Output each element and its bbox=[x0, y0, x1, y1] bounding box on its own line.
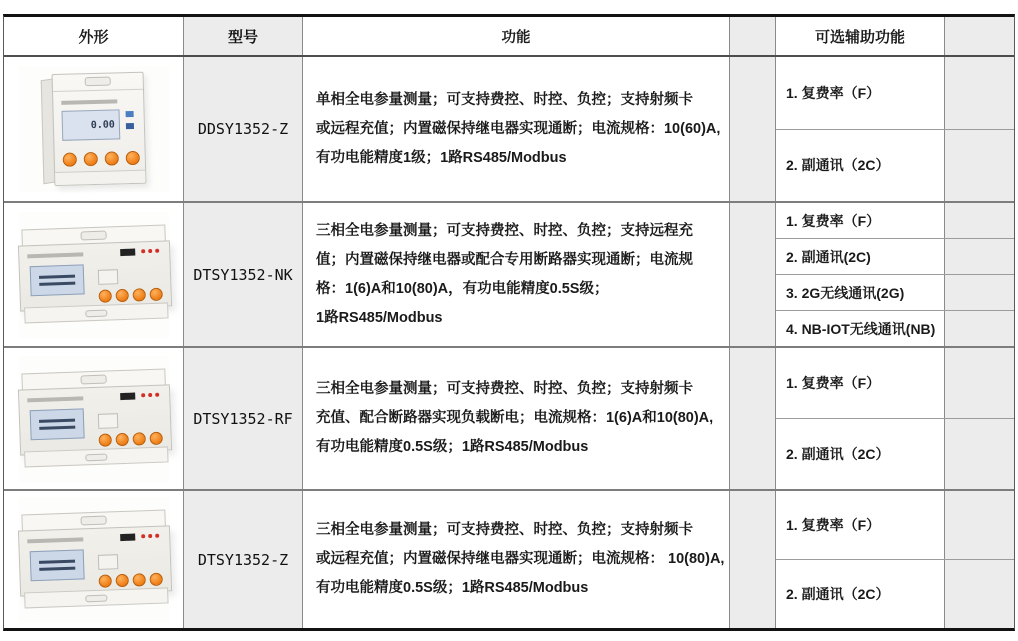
function-text-line: 1路RS485/Modbus bbox=[316, 304, 721, 333]
meter-buttons bbox=[62, 151, 139, 167]
meter-lcd-display: 0.00 bbox=[61, 109, 120, 141]
meter-indicator bbox=[125, 111, 133, 117]
function-text-line: 有功电能精度0.5S级；1路RS485/Modbus bbox=[316, 574, 721, 603]
table-header-row: 外形 型号 功能 可选辅助功能 bbox=[4, 17, 1014, 57]
meter-body: 0.00 bbox=[51, 72, 146, 186]
aux-options-cell: 1. 复费率（F） 2. 副通讯(2C) 3. 2G无线通讯(2G) 4. NB… bbox=[776, 203, 1014, 346]
meter-led-lights bbox=[141, 248, 159, 253]
empty-cell bbox=[945, 239, 1014, 274]
function-text-line: 或远程充值；内置磁保持继电器实现通断；电流规格： 10(80)A, bbox=[316, 545, 721, 574]
empty-cell bbox=[945, 57, 1014, 129]
function-text-line: 或远程充值；内置磁保持继电器实现通断；电流规格：10(60)A, bbox=[316, 115, 721, 144]
meter-lcd-value: 0.00 bbox=[90, 119, 114, 131]
meter-ir-window bbox=[97, 554, 118, 570]
meter-brand-label bbox=[61, 99, 117, 104]
meter-notch bbox=[80, 374, 106, 384]
meter-photo bbox=[19, 497, 169, 623]
empty-cell bbox=[945, 203, 1014, 238]
meter-body bbox=[17, 525, 171, 596]
function-cell: 三相全电参量测量；可支持费控、时控、负控；支持射频卡充值、配合断路器实现负载断电… bbox=[303, 348, 730, 489]
function-cell: 单相全电参量测量；可支持费控、时控、负控；支持射频卡或远程充值；内置磁保持继电器… bbox=[303, 57, 730, 201]
aux-subrow: 1. 复费率（F） bbox=[776, 57, 1014, 130]
table-row: DTSY1352-NK 三相全电参量测量；可支持费控、时控、负控；支持远程充值；… bbox=[4, 203, 1014, 348]
meter-bottom-cover bbox=[55, 170, 145, 185]
meter-indicator bbox=[125, 123, 133, 129]
aux-options-cell: 1. 复费率（F） 2. 副通讯（2C） bbox=[776, 57, 1014, 201]
empty-cell bbox=[730, 491, 776, 628]
meter-seam bbox=[52, 89, 142, 92]
empty-cell bbox=[730, 57, 776, 201]
empty-cell bbox=[945, 311, 1014, 346]
aux-option: 1. 复费率（F） bbox=[776, 57, 945, 129]
function-text-line: 三相全电参量测量；可支持费控、时控、负控；支持远程充 bbox=[316, 217, 721, 246]
meter-notch bbox=[84, 77, 110, 87]
aux-option: 2. 副通讯（2C） bbox=[776, 560, 945, 628]
meter-body bbox=[17, 240, 171, 311]
function-text-line: 三相全电参量测量；可支持费控、时控、负控；支持射频卡 bbox=[316, 516, 721, 545]
header-model: 型号 bbox=[184, 17, 303, 55]
table-row: 0.00 DDSY1352-Z 单相全电参量测量；可支持费控、时控、负控；支持射… bbox=[4, 57, 1014, 203]
product-photo-cell: 0.00 bbox=[4, 57, 184, 201]
function-text-line: 有功电能精度1级；1路RS485/Modbus bbox=[316, 144, 721, 173]
product-spec-table: 外形 型号 功能 可选辅助功能 0.00 DDSY1352-Z bbox=[3, 14, 1015, 631]
aux-subrow: 4. NB-IOT无线通讯(NB) bbox=[776, 311, 1014, 346]
function-cell: 三相全电参量测量；可支持费控、时控、负控；支持射频卡或远程充值；内置磁保持继电器… bbox=[303, 491, 730, 628]
aux-subrow: 3. 2G无线通讯(2G) bbox=[776, 275, 1014, 311]
meter-brand-label bbox=[27, 396, 83, 402]
three-phase-meter bbox=[17, 368, 170, 469]
aux-option: 4. NB-IOT无线通讯(NB) bbox=[776, 311, 945, 346]
aux-subrow: 2. 副通讯（2C） bbox=[776, 130, 1014, 202]
empty-cell bbox=[945, 560, 1014, 628]
meter-notch bbox=[85, 453, 107, 461]
meter-notch bbox=[85, 594, 107, 602]
meter-photo bbox=[19, 356, 169, 482]
function-text-line: 单相全电参量测量；可支持费控、时控、负控；支持射频卡 bbox=[316, 86, 721, 115]
meter-indicator-block bbox=[120, 533, 135, 541]
aux-option: 1. 复费率（F） bbox=[776, 491, 945, 559]
aux-subrow: 2. 副通讯（2C） bbox=[776, 560, 1014, 628]
meter-brand-label bbox=[27, 252, 83, 258]
meter-brand-label bbox=[27, 537, 83, 543]
product-photo-cell bbox=[4, 348, 184, 489]
meter-buttons bbox=[98, 287, 162, 302]
aux-subrow: 2. 副通讯(2C) bbox=[776, 239, 1014, 275]
model-cell: DDSY1352-Z bbox=[184, 57, 303, 201]
aux-option: 2. 副通讯（2C） bbox=[776, 419, 945, 489]
empty-cell bbox=[945, 130, 1014, 202]
product-photo-cell bbox=[4, 491, 184, 628]
meter-lcd-display bbox=[29, 264, 84, 296]
meter-indicator-block bbox=[120, 248, 135, 256]
aux-subrow: 1. 复费率（F） bbox=[776, 348, 1014, 419]
meter-indicator-block bbox=[120, 392, 135, 400]
meter-ir-window bbox=[97, 269, 118, 285]
model-cell: DTSY1352-Z bbox=[184, 491, 303, 628]
function-text-line: 值；内置磁保持继电器或配合专用断路器实现通断；电流规 bbox=[316, 246, 721, 275]
empty-cell bbox=[945, 348, 1014, 418]
meter-body bbox=[17, 384, 171, 455]
function-text-line: 充值、配合断路器实现负载断电；电流规格：1(6)A和10(80)A, bbox=[316, 404, 721, 433]
aux-option: 3. 2G无线通讯(2G) bbox=[776, 275, 945, 310]
aux-option: 1. 复费率（F） bbox=[776, 203, 945, 238]
function-text-line: 三相全电参量测量；可支持费控、时控、负控；支持射频卡 bbox=[316, 375, 721, 404]
table-row: DTSY1352-RF 三相全电参量测量；可支持费控、时控、负控；支持射频卡充值… bbox=[4, 348, 1014, 491]
header-aux-functions: 可选辅助功能 bbox=[776, 17, 945, 55]
meter-lcd-display bbox=[29, 549, 84, 581]
aux-options-cell: 1. 复费率（F） 2. 副通讯（2C） bbox=[776, 348, 1014, 489]
aux-option: 2. 副通讯（2C） bbox=[776, 130, 945, 202]
single-phase-meter: 0.00 bbox=[40, 72, 147, 187]
model-cell: DTSY1352-NK bbox=[184, 203, 303, 346]
product-photo-cell bbox=[4, 203, 184, 346]
model-cell: DTSY1352-RF bbox=[184, 348, 303, 489]
empty-cell bbox=[945, 419, 1014, 489]
three-phase-meter bbox=[17, 224, 170, 325]
aux-subrow: 1. 复费率（F） bbox=[776, 491, 1014, 560]
meter-buttons bbox=[98, 431, 162, 446]
aux-options-cell: 1. 复费率（F） 2. 副通讯（2C） bbox=[776, 491, 1014, 628]
aux-option: 1. 复费率（F） bbox=[776, 348, 945, 418]
aux-option: 2. 副通讯(2C) bbox=[776, 239, 945, 274]
meter-ir-window bbox=[97, 413, 118, 429]
meter-buttons bbox=[98, 572, 162, 587]
empty-cell bbox=[730, 348, 776, 489]
meter-photo bbox=[19, 212, 169, 338]
function-cell: 三相全电参量测量；可支持费控、时控、负控；支持远程充值；内置磁保持继电器或配合专… bbox=[303, 203, 730, 346]
meter-led-lights bbox=[141, 533, 159, 538]
header-appearance: 外形 bbox=[4, 17, 184, 55]
aux-subrow: 1. 复费率（F） bbox=[776, 203, 1014, 239]
empty-cell bbox=[945, 491, 1014, 559]
meter-notch bbox=[80, 230, 106, 240]
empty-cell bbox=[730, 203, 776, 346]
header-function: 功能 bbox=[303, 17, 730, 55]
function-text-line: 有功电能精度0.5S级；1路RS485/Modbus bbox=[316, 433, 721, 462]
meter-lcd-display bbox=[29, 408, 84, 440]
empty-cell bbox=[945, 275, 1014, 310]
table-row: DTSY1352-Z 三相全电参量测量；可支持费控、时控、负控；支持射频卡或远程… bbox=[4, 491, 1014, 628]
meter-led-lights bbox=[141, 392, 159, 397]
meter-notch bbox=[80, 515, 106, 525]
aux-subrow: 2. 副通讯（2C） bbox=[776, 419, 1014, 489]
function-text-line: 格：1(6)A和10(80)A，有功电能精度0.5S级； bbox=[316, 275, 721, 304]
meter-notch bbox=[85, 309, 107, 317]
header-empty-cell bbox=[730, 17, 776, 55]
meter-photo: 0.00 bbox=[19, 66, 169, 192]
three-phase-meter bbox=[17, 509, 170, 610]
header-empty-cell bbox=[945, 17, 1014, 55]
